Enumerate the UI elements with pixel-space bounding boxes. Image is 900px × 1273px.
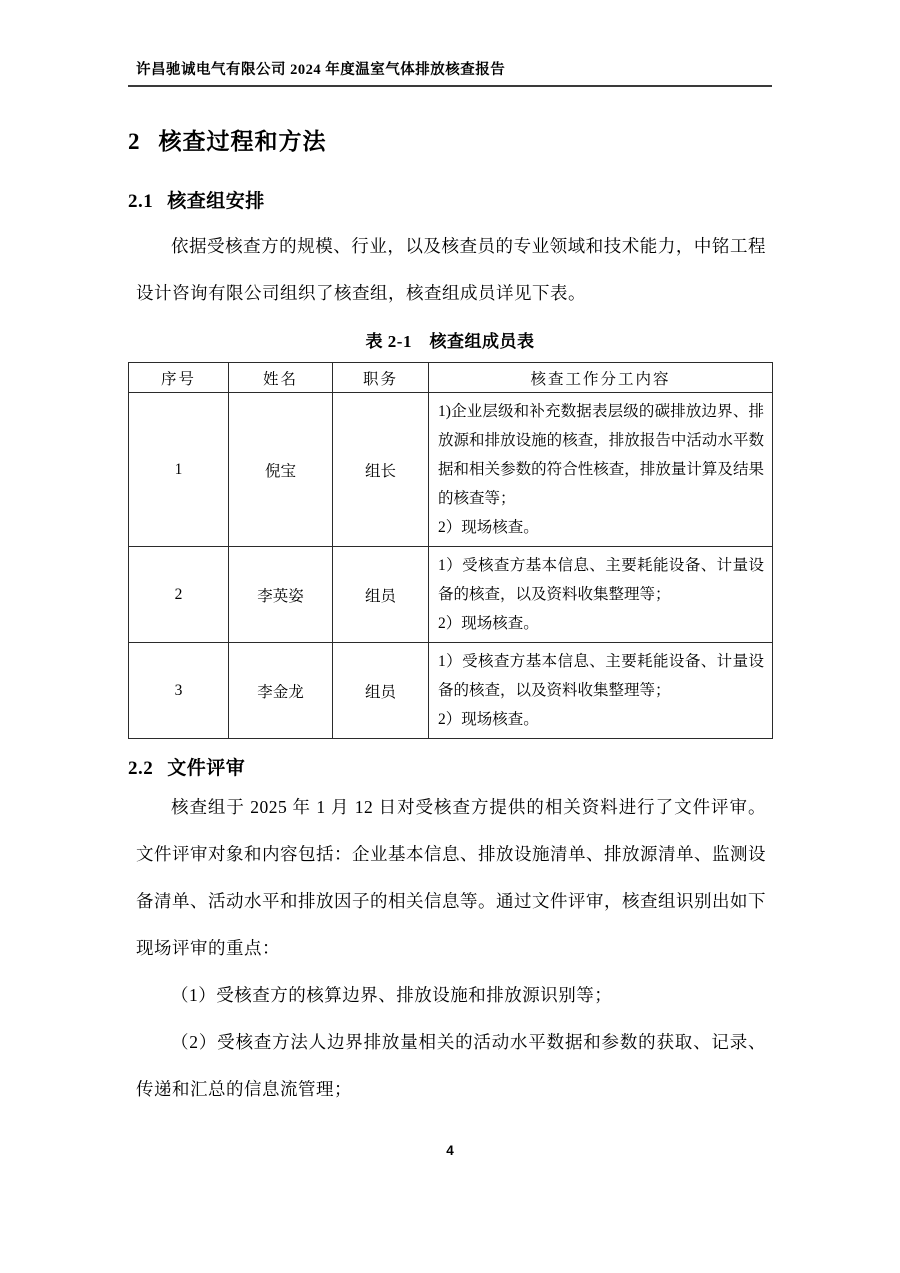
chapter-title: 核查过程和方法 — [159, 129, 327, 154]
cell-no: 3 — [129, 643, 229, 739]
duty-line: 2）现场核查。 — [438, 609, 764, 638]
duty-line: 2）现场核查。 — [438, 513, 764, 542]
table-row: 1 倪宝 组长 1)企业层级和补充数据表层级的碳排放边界、排放源和排放设施的核查… — [129, 393, 773, 547]
section-2-1-paragraph: 依据受核查方的规模、行业，以及核查员的专业领域和技术能力，中铭工程设计咨询有限公… — [128, 223, 772, 317]
duty-line: 2）现场核查。 — [438, 705, 764, 734]
cell-duty: 1）受核查方基本信息、主要耗能设备、计量设备的核查，以及资料收集整理等； 2）现… — [429, 643, 773, 739]
header-rule — [128, 85, 772, 87]
cell-role: 组员 — [333, 547, 429, 643]
cell-name: 李金龙 — [229, 643, 333, 739]
section-2-1-heading: 2.1核查组安排 — [128, 186, 772, 213]
cell-no: 2 — [129, 547, 229, 643]
table-row: 3 李金龙 组员 1）受核查方基本信息、主要耗能设备、计量设备的核查，以及资料收… — [129, 643, 773, 739]
chapter-heading: 2核查过程和方法 — [128, 123, 772, 156]
table-header-row: 序号 姓名 职务 核查工作分工内容 — [129, 363, 773, 393]
col-header-name: 姓名 — [229, 363, 333, 393]
cell-role: 组长 — [333, 393, 429, 547]
section-2-2-title: 文件评审 — [167, 758, 245, 779]
cell-duty: 1）受核查方基本信息、主要耗能设备、计量设备的核查，以及资料收集整理等； 2）现… — [429, 547, 773, 643]
col-header-no: 序号 — [129, 363, 229, 393]
page-number: 4 — [0, 1143, 900, 1158]
table-row: 2 李英姿 组员 1）受核查方基本信息、主要耗能设备、计量设备的核查，以及资料收… — [129, 547, 773, 643]
cell-name: 李英姿 — [229, 547, 333, 643]
duty-line: 1)企业层级和补充数据表层级的碳排放边界、排放源和排放设施的核查，排放报告中活动… — [438, 397, 764, 513]
cell-name: 倪宝 — [229, 393, 333, 547]
section-2-1-title: 核查组安排 — [167, 191, 265, 212]
section-2-2-number: 2.2 — [128, 758, 153, 779]
section-2-2-paragraph: 核查组于 2025 年 1 月 12 日对受核查方提供的相关资料进行了文件评审。… — [128, 784, 772, 972]
section-2-2-heading: 2.2文件评审 — [128, 753, 772, 780]
col-header-role: 职务 — [333, 363, 429, 393]
review-focus-item-1: （1）受核查方的核算边界、排放设施和排放源识别等； — [128, 972, 772, 1019]
page-content: 许昌驰诚电气有限公司 2024 年度温室气体排放核查报告 2核查过程和方法 2.… — [128, 0, 772, 1113]
duty-line: 1）受核查方基本信息、主要耗能设备、计量设备的核查，以及资料收集整理等； — [438, 551, 764, 609]
running-header: 许昌驰诚电气有限公司 2024 年度温室气体排放核查报告 — [136, 0, 772, 79]
duty-line: 1）受核查方基本信息、主要耗能设备、计量设备的核查，以及资料收集整理等； — [438, 647, 764, 705]
chapter-number: 2 — [128, 129, 141, 154]
table-title: 表 2-1 核查组成员表 — [128, 327, 772, 352]
col-header-duty: 核查工作分工内容 — [429, 363, 773, 393]
cell-role: 组员 — [333, 643, 429, 739]
review-focus-item-2: （2）受核查方法人边界排放量相关的活动水平数据和参数的获取、记录、传递和汇总的信… — [128, 1019, 772, 1113]
members-table: 序号 姓名 职务 核查工作分工内容 1 倪宝 组长 1)企业层级和补充数据表层级… — [128, 362, 773, 739]
section-2-1-number: 2.1 — [128, 191, 153, 212]
cell-duty: 1)企业层级和补充数据表层级的碳排放边界、排放源和排放设施的核查，排放报告中活动… — [429, 393, 773, 547]
document-page: 许昌驰诚电气有限公司 2024 年度温室气体排放核查报告 2核查过程和方法 2.… — [0, 0, 900, 1273]
cell-no: 1 — [129, 393, 229, 547]
